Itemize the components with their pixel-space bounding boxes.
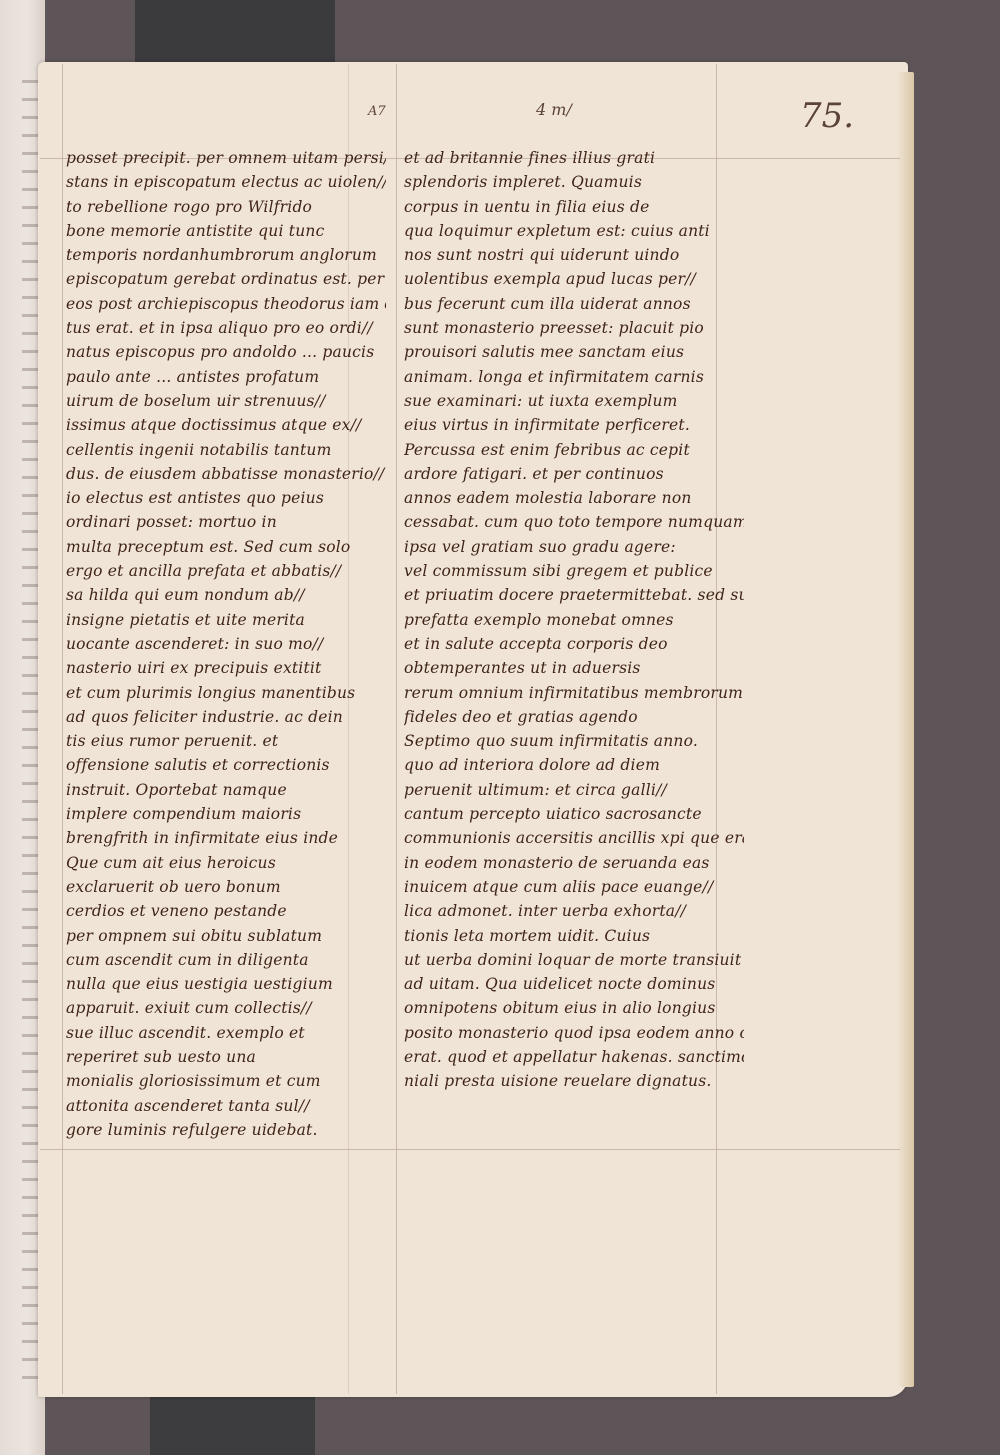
text-line: apparuit. exiuit cum collectis//: [66, 996, 386, 1020]
text-line: implere compendium maioris: [66, 802, 386, 826]
text-line: uolentibus exempla apud lucas per//: [404, 267, 744, 291]
text-line: natus episcopus pro andoldo ... paucis: [66, 340, 386, 364]
text-line: nasterio uiri ex precipuis extitit: [66, 656, 386, 680]
text-line: rerum omnium infirmitatibus membrorum: [404, 681, 744, 705]
text-line: erat. quod et appellatur hakenas. sancti…: [404, 1045, 744, 1069]
text-line: annos eadem molestia laborare non: [404, 486, 744, 510]
text-line: to rebellione rogo pro Wilfrido: [66, 195, 386, 219]
text-line: bus fecerunt cum illa uiderat annos: [404, 292, 744, 316]
text-line: corpus in uentu in filia eius de: [404, 195, 744, 219]
text-line: tionis leta mortem uidit. Cuius: [404, 924, 744, 948]
text-line: sue examinari: ut iuxta exemplum: [404, 389, 744, 413]
text-line: ad quos feliciter industrie. ac dein: [66, 705, 386, 729]
text-line: temporis nordanhumbrorum anglorum: [66, 243, 386, 267]
text-line: multa preceptum est. Sed cum solo: [66, 535, 386, 559]
fore-edge: [898, 72, 914, 1387]
text-line: Septimo quo suum infirmitatis anno.: [404, 729, 744, 753]
text-line: ordinari posset: mortuo in: [66, 510, 386, 534]
text-line: brengfrith in infirmitate eius inde: [66, 826, 386, 850]
text-line: gore luminis refulgere uidebat.: [66, 1118, 386, 1142]
foam-support-top: [135, 0, 335, 70]
text-line: exclaruerit ob uero bonum: [66, 875, 386, 899]
text-line: et priuatim docere praetermittebat. sed …: [404, 583, 744, 607]
text-line: animam. longa et infirmitatem carnis: [404, 365, 744, 389]
text-line: monialis gloriosissimum et cum: [66, 1069, 386, 1093]
text-line: Percussa est enim febribus ac cepit: [404, 438, 744, 462]
text-line: inuicem atque cum aliis pace euange//: [404, 875, 744, 899]
quire-mark: A7: [368, 104, 386, 119]
text-line: omnipotens obitum eius in alio longius: [404, 996, 744, 1020]
text-line: stans in episcopatum electus ac uiolen//: [66, 170, 386, 194]
text-line: prefatta exemplo monebat omnes: [404, 608, 744, 632]
text-line: in eodem monasterio de seruanda eas: [404, 851, 744, 875]
text-line: lica admonet. inter uerba exhorta//: [404, 899, 744, 923]
text-line: ipsa vel gratiam suo gradu agere:: [404, 535, 744, 559]
text-line: ut uerba domini loquar de morte transiui…: [404, 948, 744, 972]
text-line: cellentis ingenii notabilis tantum: [66, 438, 386, 462]
text-line: attonita ascenderet tanta sul//: [66, 1094, 386, 1118]
text-line: io electus est antistes quo peius: [66, 486, 386, 510]
text-line: eos post archiepiscopus theodorus iam de…: [66, 292, 386, 316]
text-line: insigne pietatis et uite merita: [66, 608, 386, 632]
signature-mark: 4 m/: [536, 100, 572, 119]
text-line: ardore fatigari. et per continuos: [404, 462, 744, 486]
text-line: per ompnem sui obitu sublatum: [66, 924, 386, 948]
text-line: cessabat. cum quo toto tempore numquam: [404, 510, 744, 534]
folio-number: 75.: [800, 96, 854, 136]
text-line: sa hilda qui eum nondum ab//: [66, 583, 386, 607]
text-line: et cum plurimis longius manentibus: [66, 681, 386, 705]
text-line: nulla que eius uestigia uestigium: [66, 972, 386, 996]
text-line: qua loquimur expletum est: cuius anti: [404, 219, 744, 243]
text-line: splendoris impleret. Quamuis: [404, 170, 744, 194]
text-line: dus. de eiusdem abbatisse monasterio//: [66, 462, 386, 486]
ruling-bottom-line: [40, 1149, 900, 1150]
text-line: fideles deo et gratias agendo: [404, 705, 744, 729]
text-line: et in salute accepta corporis deo: [404, 632, 744, 656]
text-line: vel commissum sibi gregem et publice: [404, 559, 744, 583]
text-line: bone memorie antistite qui tunc: [66, 219, 386, 243]
left-column: posset precipit. per omnem uitam persi//…: [66, 146, 386, 1142]
text-line: communionis accersitis ancillis xpi que …: [404, 826, 744, 850]
text-line: nos sunt nostri qui uiderunt uindo: [404, 243, 744, 267]
text-line: ad uitam. Qua uidelicet nocte dominus: [404, 972, 744, 996]
text-line: posset precipit. per omnem uitam persi//: [66, 146, 386, 170]
text-line: peruenit ultimum: et circa galli//: [404, 778, 744, 802]
text-line: cerdios et veneno pestande: [66, 899, 386, 923]
text-line: cantum percepto uiatico sacrosancte: [404, 802, 744, 826]
text-line: quo ad interiora dolore ad diem: [404, 753, 744, 777]
text-line: tus erat. et in ipsa aliquo pro eo ordi/…: [66, 316, 386, 340]
text-line: niali presta uisione reuelare dignatus.: [404, 1069, 744, 1093]
ruling-left-margin: [62, 64, 63, 1394]
text-line: obtemperantes ut in aduersis: [404, 656, 744, 680]
text-line: paulo ante ... antistes profatum: [66, 365, 386, 389]
text-line: Que cum ait eius heroicus: [66, 851, 386, 875]
text-line: posito monasterio quod ipsa eodem anno c…: [404, 1021, 744, 1045]
text-line: offensione salutis et correctionis: [66, 753, 386, 777]
text-line: issimus atque doctissimus atque ex//: [66, 413, 386, 437]
text-line: sunt monasterio preesset: placuit pio: [404, 316, 744, 340]
text-line: uocante ascenderet: in suo mo//: [66, 632, 386, 656]
text-line: sue illuc ascendit. exemplo et: [66, 1021, 386, 1045]
text-line: prouisori salutis mee sanctam eius: [404, 340, 744, 364]
right-column: et ad britannie fines illius gratisplend…: [404, 146, 744, 1094]
text-line: et ad britannie fines illius grati: [404, 146, 744, 170]
text-line: cum ascendit cum in diligenta: [66, 948, 386, 972]
ruling-column-left-end: [396, 64, 397, 1394]
text-line: instruit. Oportebat namque: [66, 778, 386, 802]
text-line: uirum de boselum uir strenuus//: [66, 389, 386, 413]
text-line: episcopatum gerebat ordinatus est. per: [66, 267, 386, 291]
text-line: reperiret sub uesto una: [66, 1045, 386, 1069]
text-line: ergo et ancilla prefata et abbatis//: [66, 559, 386, 583]
text-line: tis eius rumor peruenit. et: [66, 729, 386, 753]
text-line: eius virtus in infirmitate perficeret.: [404, 413, 744, 437]
